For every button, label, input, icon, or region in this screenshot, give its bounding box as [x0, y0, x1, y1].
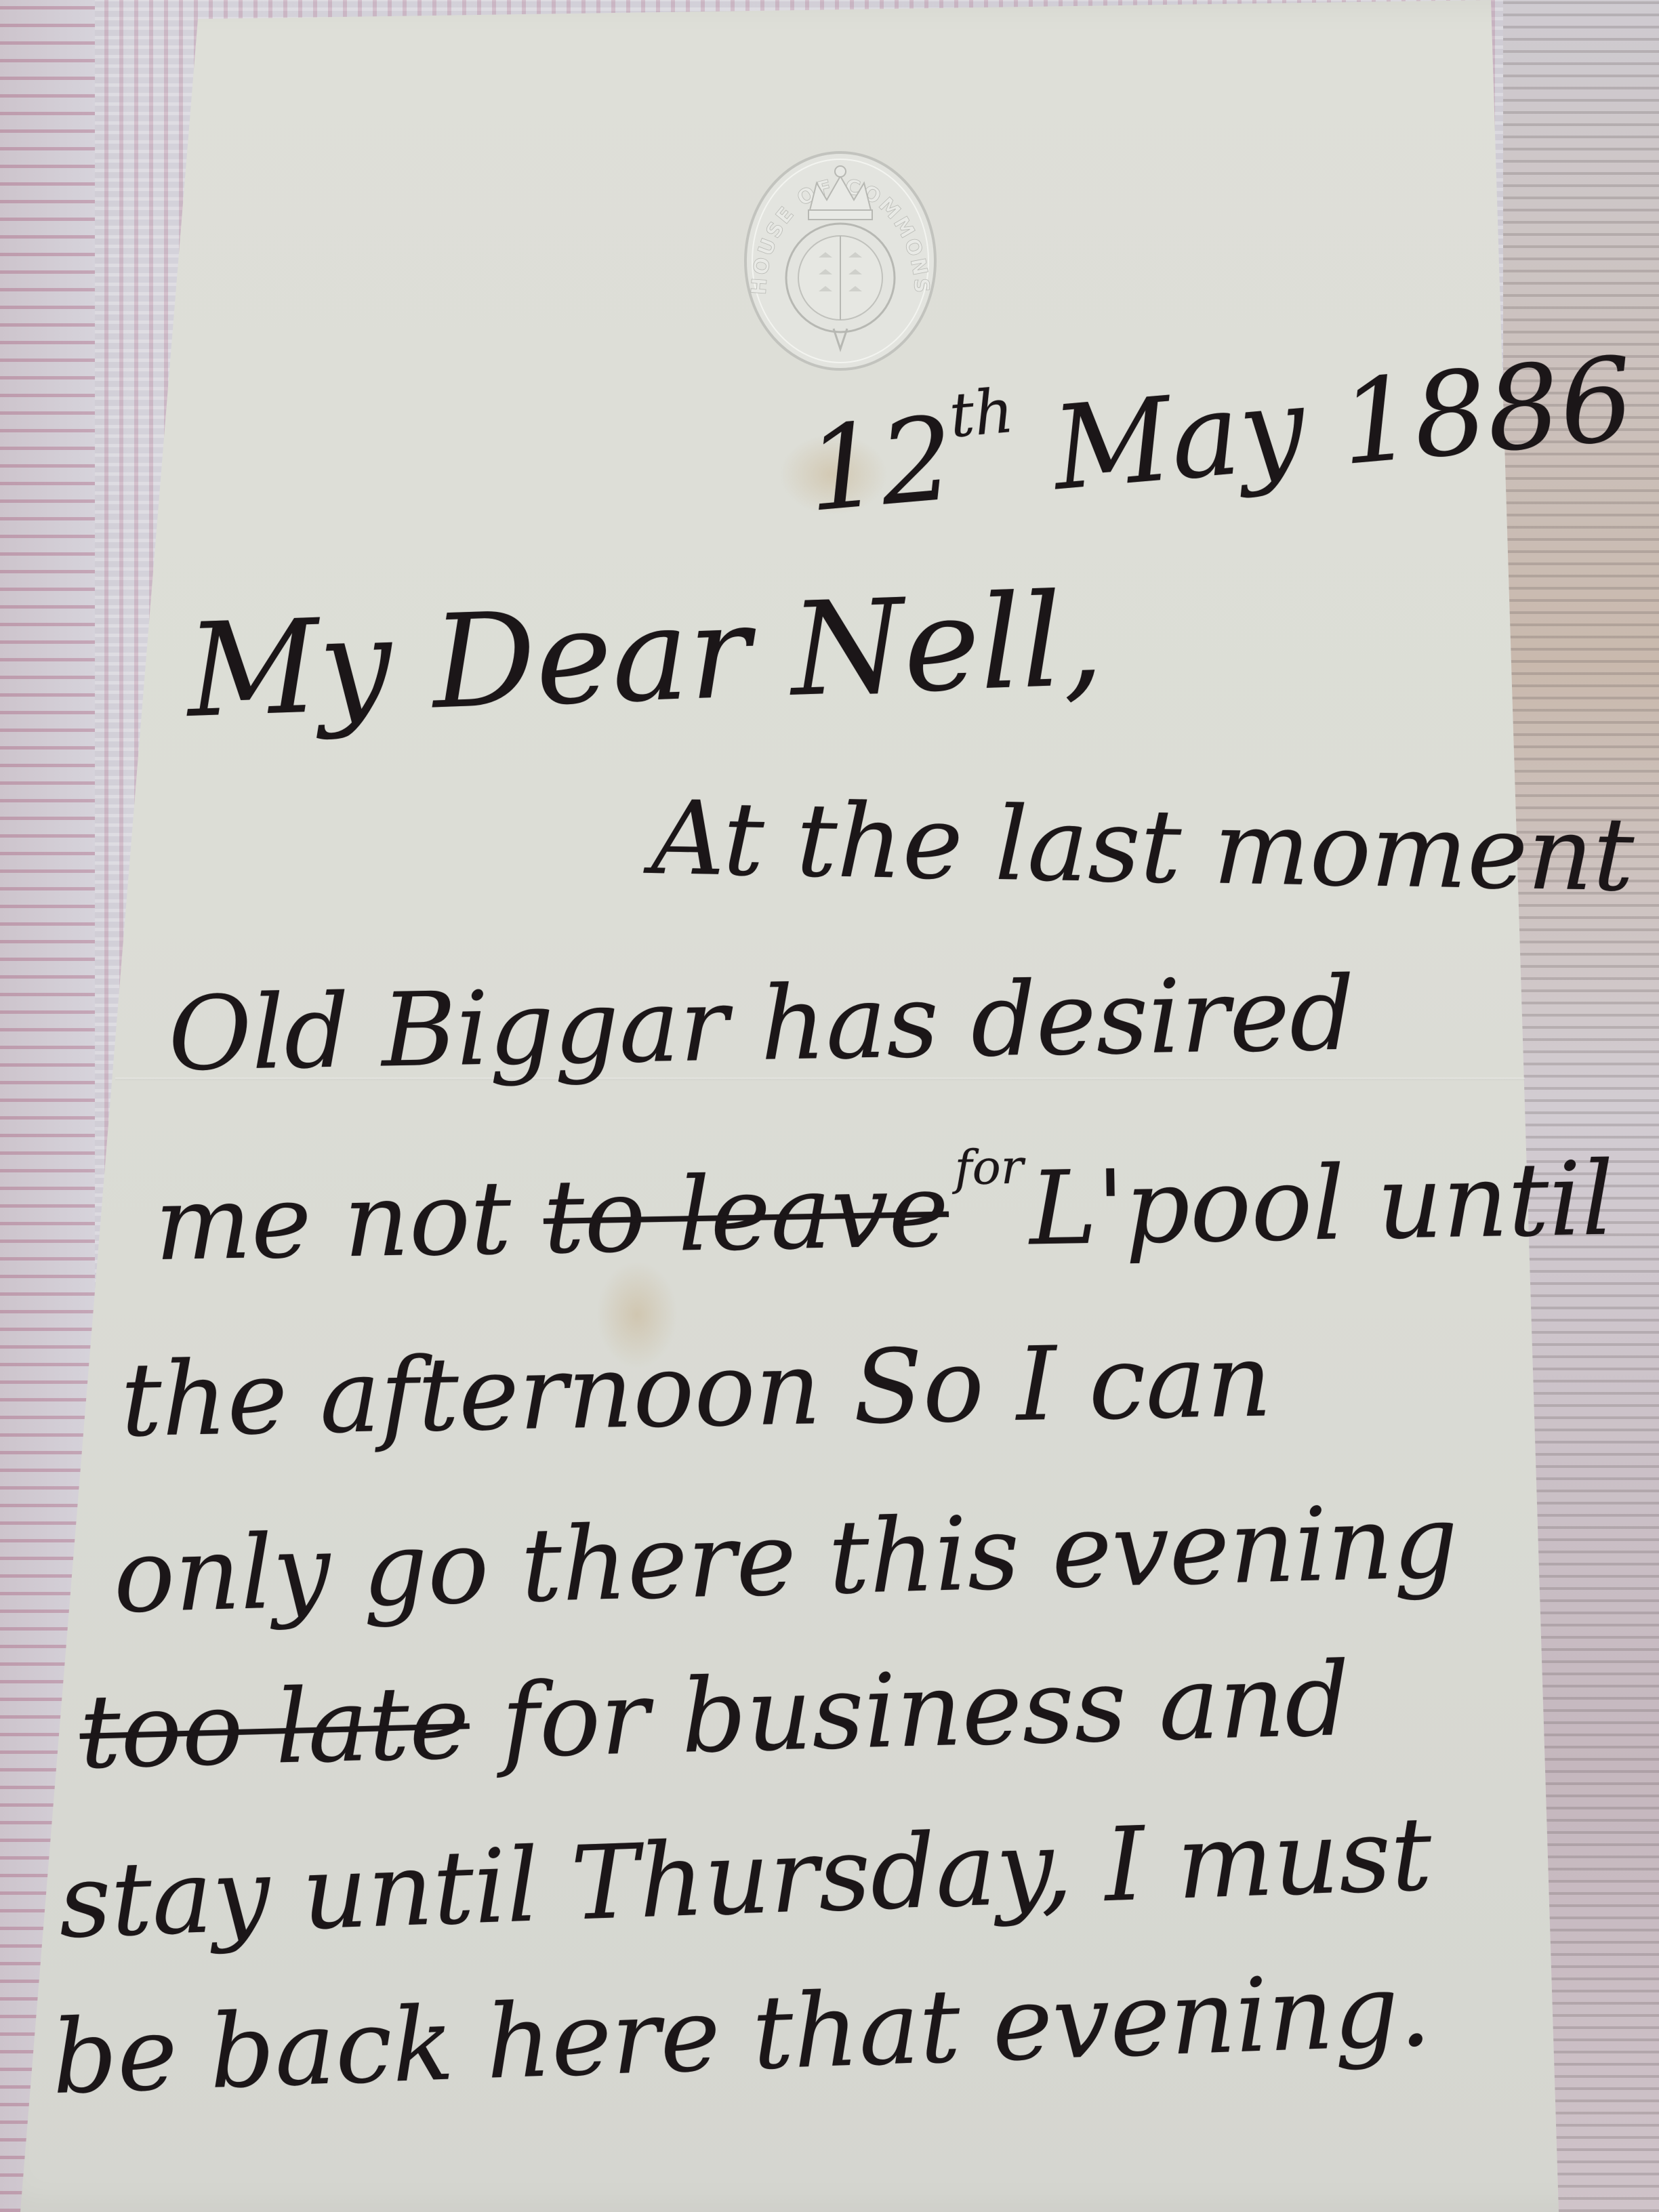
- salutation: My Dear Nell,: [184, 565, 1105, 746]
- struck-through-text: to leave: [542, 1152, 949, 1277]
- body-text: L'pool until: [996, 1140, 1615, 1269]
- struck-through-text: too late: [78, 1664, 470, 1792]
- body-line-4: the afternoon So I can: [120, 1322, 1273, 1460]
- caret-insertion: for: [954, 1139, 1024, 1196]
- body-line-2: Old Biggar has desired: [167, 955, 1355, 1094]
- house-of-commons-embossed-seal: HOUSE OF COMMONS: [739, 146, 942, 376]
- crown-over-garter-icon: HOUSE OF COMMONS: [739, 146, 942, 376]
- body-text: for business and: [468, 1641, 1351, 1782]
- date-ordinal: th: [947, 375, 1017, 452]
- body-text: me not: [154, 1159, 545, 1284]
- date-day: 12: [802, 392, 960, 538]
- body-line-1: At the last moment: [651, 779, 1635, 914]
